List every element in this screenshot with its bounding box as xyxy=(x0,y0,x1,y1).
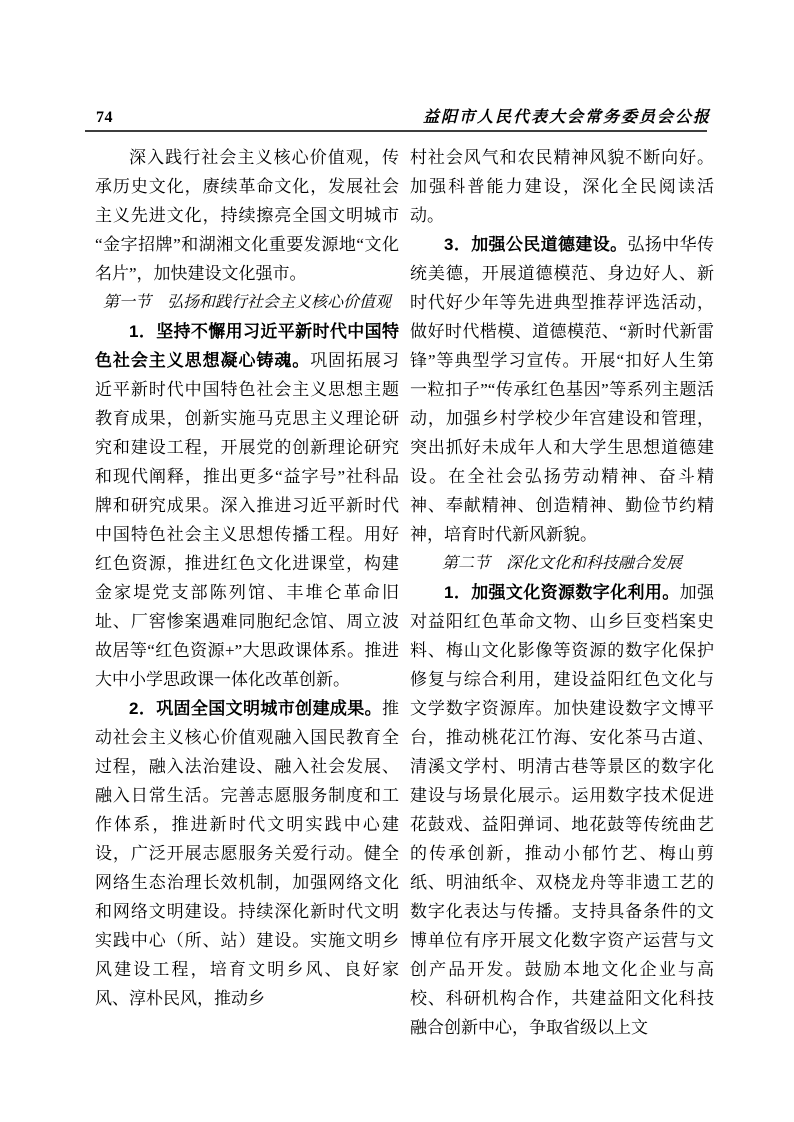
paragraph-lead-bold: 1．加强文化资源数字化利用。 xyxy=(444,583,680,602)
paragraph-lead-bold: 3．加强公民道德建设。 xyxy=(444,235,628,254)
paragraph-lead-bold: 2．巩固全国文明城市创建成果。 xyxy=(129,699,382,718)
page-header: 74 益阳市人民代表大会常务委员会公报 xyxy=(85,104,711,127)
paragraph: 村社会风气和农民精神风貌不断向好。加强科普能力建设，深化全民阅读活动。 xyxy=(410,143,714,230)
paragraph-text: 村社会风气和农民精神风貌不断向好。加强科普能力建设，深化全民阅读活动。 xyxy=(410,148,714,225)
paragraph: 深入践行社会主义核心价值观，传承历史文化，赓续革命文化，发展社会主义先进文化，持… xyxy=(95,143,399,288)
paragraph: 3．加强公民道德建设。弘扬中华传统美德，开展道德模范、身边好人、新时代好少年等先… xyxy=(410,230,714,549)
paragraph-text: 巩固拓展习近平新时代中国特色社会主义思想主题教育成果，创新实施马克思主义理论研究… xyxy=(95,351,399,689)
paragraph-text: 深入践行社会主义核心价值观，传承历史文化，赓续革命文化，发展社会主义先进文化，持… xyxy=(95,148,399,283)
left-column: 深入践行社会主义核心价值观，传承历史文化，赓续革命文化，发展社会主义先进文化，持… xyxy=(95,143,399,1013)
paragraph: 1．坚持不懈用习近平新时代中国特色社会主义思想凝心铸魂。巩固拓展习近平新时代中国… xyxy=(95,317,399,694)
right-column: 村社会风气和农民精神风貌不断向好。加强科普能力建设，深化全民阅读活动。3．加强公… xyxy=(410,143,714,1042)
section-heading: 第一节 弘扬和践行社会主义核心价值观 xyxy=(95,288,399,317)
paragraph-text: 弘扬中华传统美德，开展道德模范、身边好人、新时代好少年等先进典型推荐评选活动，做… xyxy=(410,235,714,544)
header-rule xyxy=(85,130,707,132)
page-number: 74 xyxy=(85,109,113,127)
paragraph-text: 推动社会主义核心价值观融入国民教育全过程，融入法治建设、融入社会发展、融入日常生… xyxy=(95,699,399,1008)
paragraph: 1．加强文化资源数字化利用。加强对益阳红色革命文物、山乡巨变档案史料、梅山文化影… xyxy=(410,578,714,1042)
document-page: 74 益阳市人民代表大会常务委员会公报 深入践行社会主义核心价值观，传承历史文化… xyxy=(0,0,794,1122)
paragraph-text: 加强对益阳红色革命文物、山乡巨变档案史料、梅山文化影像等资源的数字化保护修复与综… xyxy=(410,583,714,1037)
section-heading: 第二节 深化文化和科技融合发展 xyxy=(410,549,714,578)
paragraph: 2．巩固全国文明城市创建成果。推动社会主义核心价值观融入国民教育全过程，融入法治… xyxy=(95,694,399,1013)
publication-title: 益阳市人民代表大会常务委员会公报 xyxy=(423,104,711,127)
